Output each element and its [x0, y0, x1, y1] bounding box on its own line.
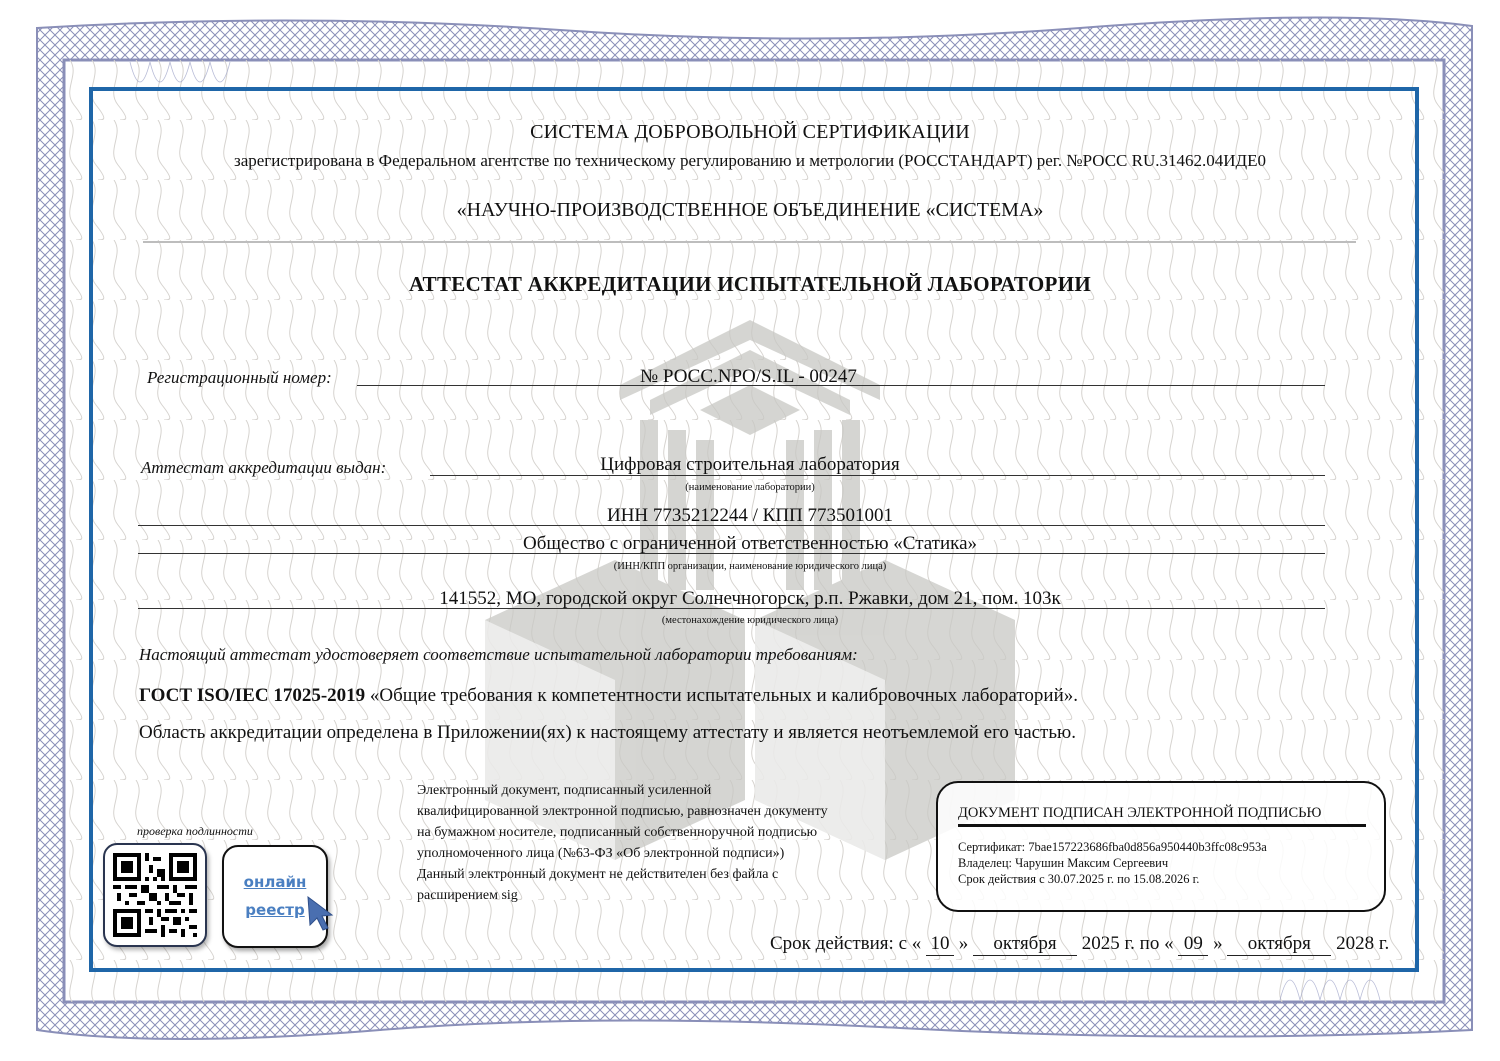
standard-line: ГОСТ ISO/IEC 17025-2019 «Общие требовани…: [139, 685, 1078, 707]
registration-number-value: № РОСС.NPO/S.IL - 00247: [357, 366, 1140, 388]
document-title: АТТЕСТАТ АККРЕДИТАЦИИ ИСПЫТАТЕЛЬНОЙ ЛАБО…: [0, 272, 1500, 297]
qr-code-button[interactable]: [103, 843, 207, 947]
inn-kpp: ИНН 7735212244 / КПП 773501001: [300, 505, 1200, 527]
validity-to-year: 2028 г.: [1336, 933, 1389, 954]
signature-heading: ДОКУМЕНТ ПОДПИСАН ЭЛЕКТРОННОЙ ПОДПИСЬЮ: [958, 805, 1366, 827]
registration-line: зарегистрирована в Федеральном агентстве…: [0, 151, 1500, 171]
qr-code-icon: [113, 853, 197, 937]
validity-sep: »: [959, 933, 969, 954]
online-registry-button[interactable]: онлайн реестр: [222, 845, 328, 948]
cursor-arrow-icon: [306, 895, 336, 931]
note-line: Данный электронный документ не действите…: [417, 864, 828, 885]
online-registry-link-line1[interactable]: онлайн: [224, 873, 326, 891]
validity-to-month: октября: [1227, 933, 1331, 956]
validity-from-month: октября: [973, 933, 1077, 956]
legal-address: 141552, МО, городской округ Солнечногорс…: [200, 588, 1300, 610]
lab-name: Цифровая строительная лаборатория: [300, 454, 1200, 476]
legal-entity-hint: (ИНН/КПП организации, наименование юриди…: [300, 561, 1200, 572]
conformity-intro: Настоящий аттестат удостоверяет соответс…: [139, 645, 858, 665]
note-line: расширением sig: [417, 885, 828, 906]
lab-name-hint: (наименование лаборатории): [300, 482, 1200, 493]
issuing-organization: «НАУЧНО-ПРОИЗВОДСТВЕННОЕ ОБЪЕДИНЕНИЕ «СИ…: [0, 199, 1500, 222]
note-line: уполномоченного лица (№63-ФЗ «Об электро…: [417, 843, 828, 864]
note-line: Электронный документ, подписанный усилен…: [417, 780, 828, 801]
validity-sep: »: [1213, 933, 1223, 954]
validity-from-year: 2025 г. по «: [1082, 933, 1174, 954]
accreditation-scope: Область аккредитации определена в Прилож…: [139, 722, 1076, 744]
certification-system-name: СИСТЕМА ДОБРОВОЛЬНОЙ СЕРТИФИКАЦИИ: [0, 121, 1500, 144]
electronic-signature-stamp: ДОКУМЕНТ ПОДПИСАН ЭЛЕКТРОННОЙ ПОДПИСЬЮ С…: [936, 781, 1386, 912]
note-line: квалифицированной электронной подписью, …: [417, 801, 828, 822]
signature-certificate: Сертификат: 7bae157223686fba0d856a950440…: [958, 839, 1267, 855]
validity-from-day: 10: [926, 933, 954, 956]
note-line: на бумажном носителе, подписанный собств…: [417, 822, 828, 843]
electronic-document-note: Электронный документ, подписанный усилен…: [417, 780, 828, 906]
standard-title: «Общие требования к компетентности испыт…: [365, 685, 1078, 706]
signature-owner: Владелец: Чарушин Максим Сергеевич: [958, 855, 1267, 871]
standard-code: ГОСТ ISO/IEC 17025-2019: [139, 685, 365, 706]
registration-number-label: Регистрационный номер:: [147, 368, 332, 388]
legal-entity-name: Общество с ограниченной ответственностью…: [300, 533, 1200, 555]
validity-period: Срок действия: с « 10 » октября 2025 г. …: [770, 933, 1389, 956]
validity-to-day: 09: [1178, 933, 1208, 956]
header-divider: [143, 241, 1356, 243]
validity-label: Срок действия: с «: [770, 933, 921, 954]
verification-label: проверка подлинности: [137, 824, 253, 839]
address-hint: (местонахождение юридического лица): [300, 615, 1200, 626]
signature-validity: Срок действия с 30.07.2025 г. по 15.08.2…: [958, 871, 1267, 887]
